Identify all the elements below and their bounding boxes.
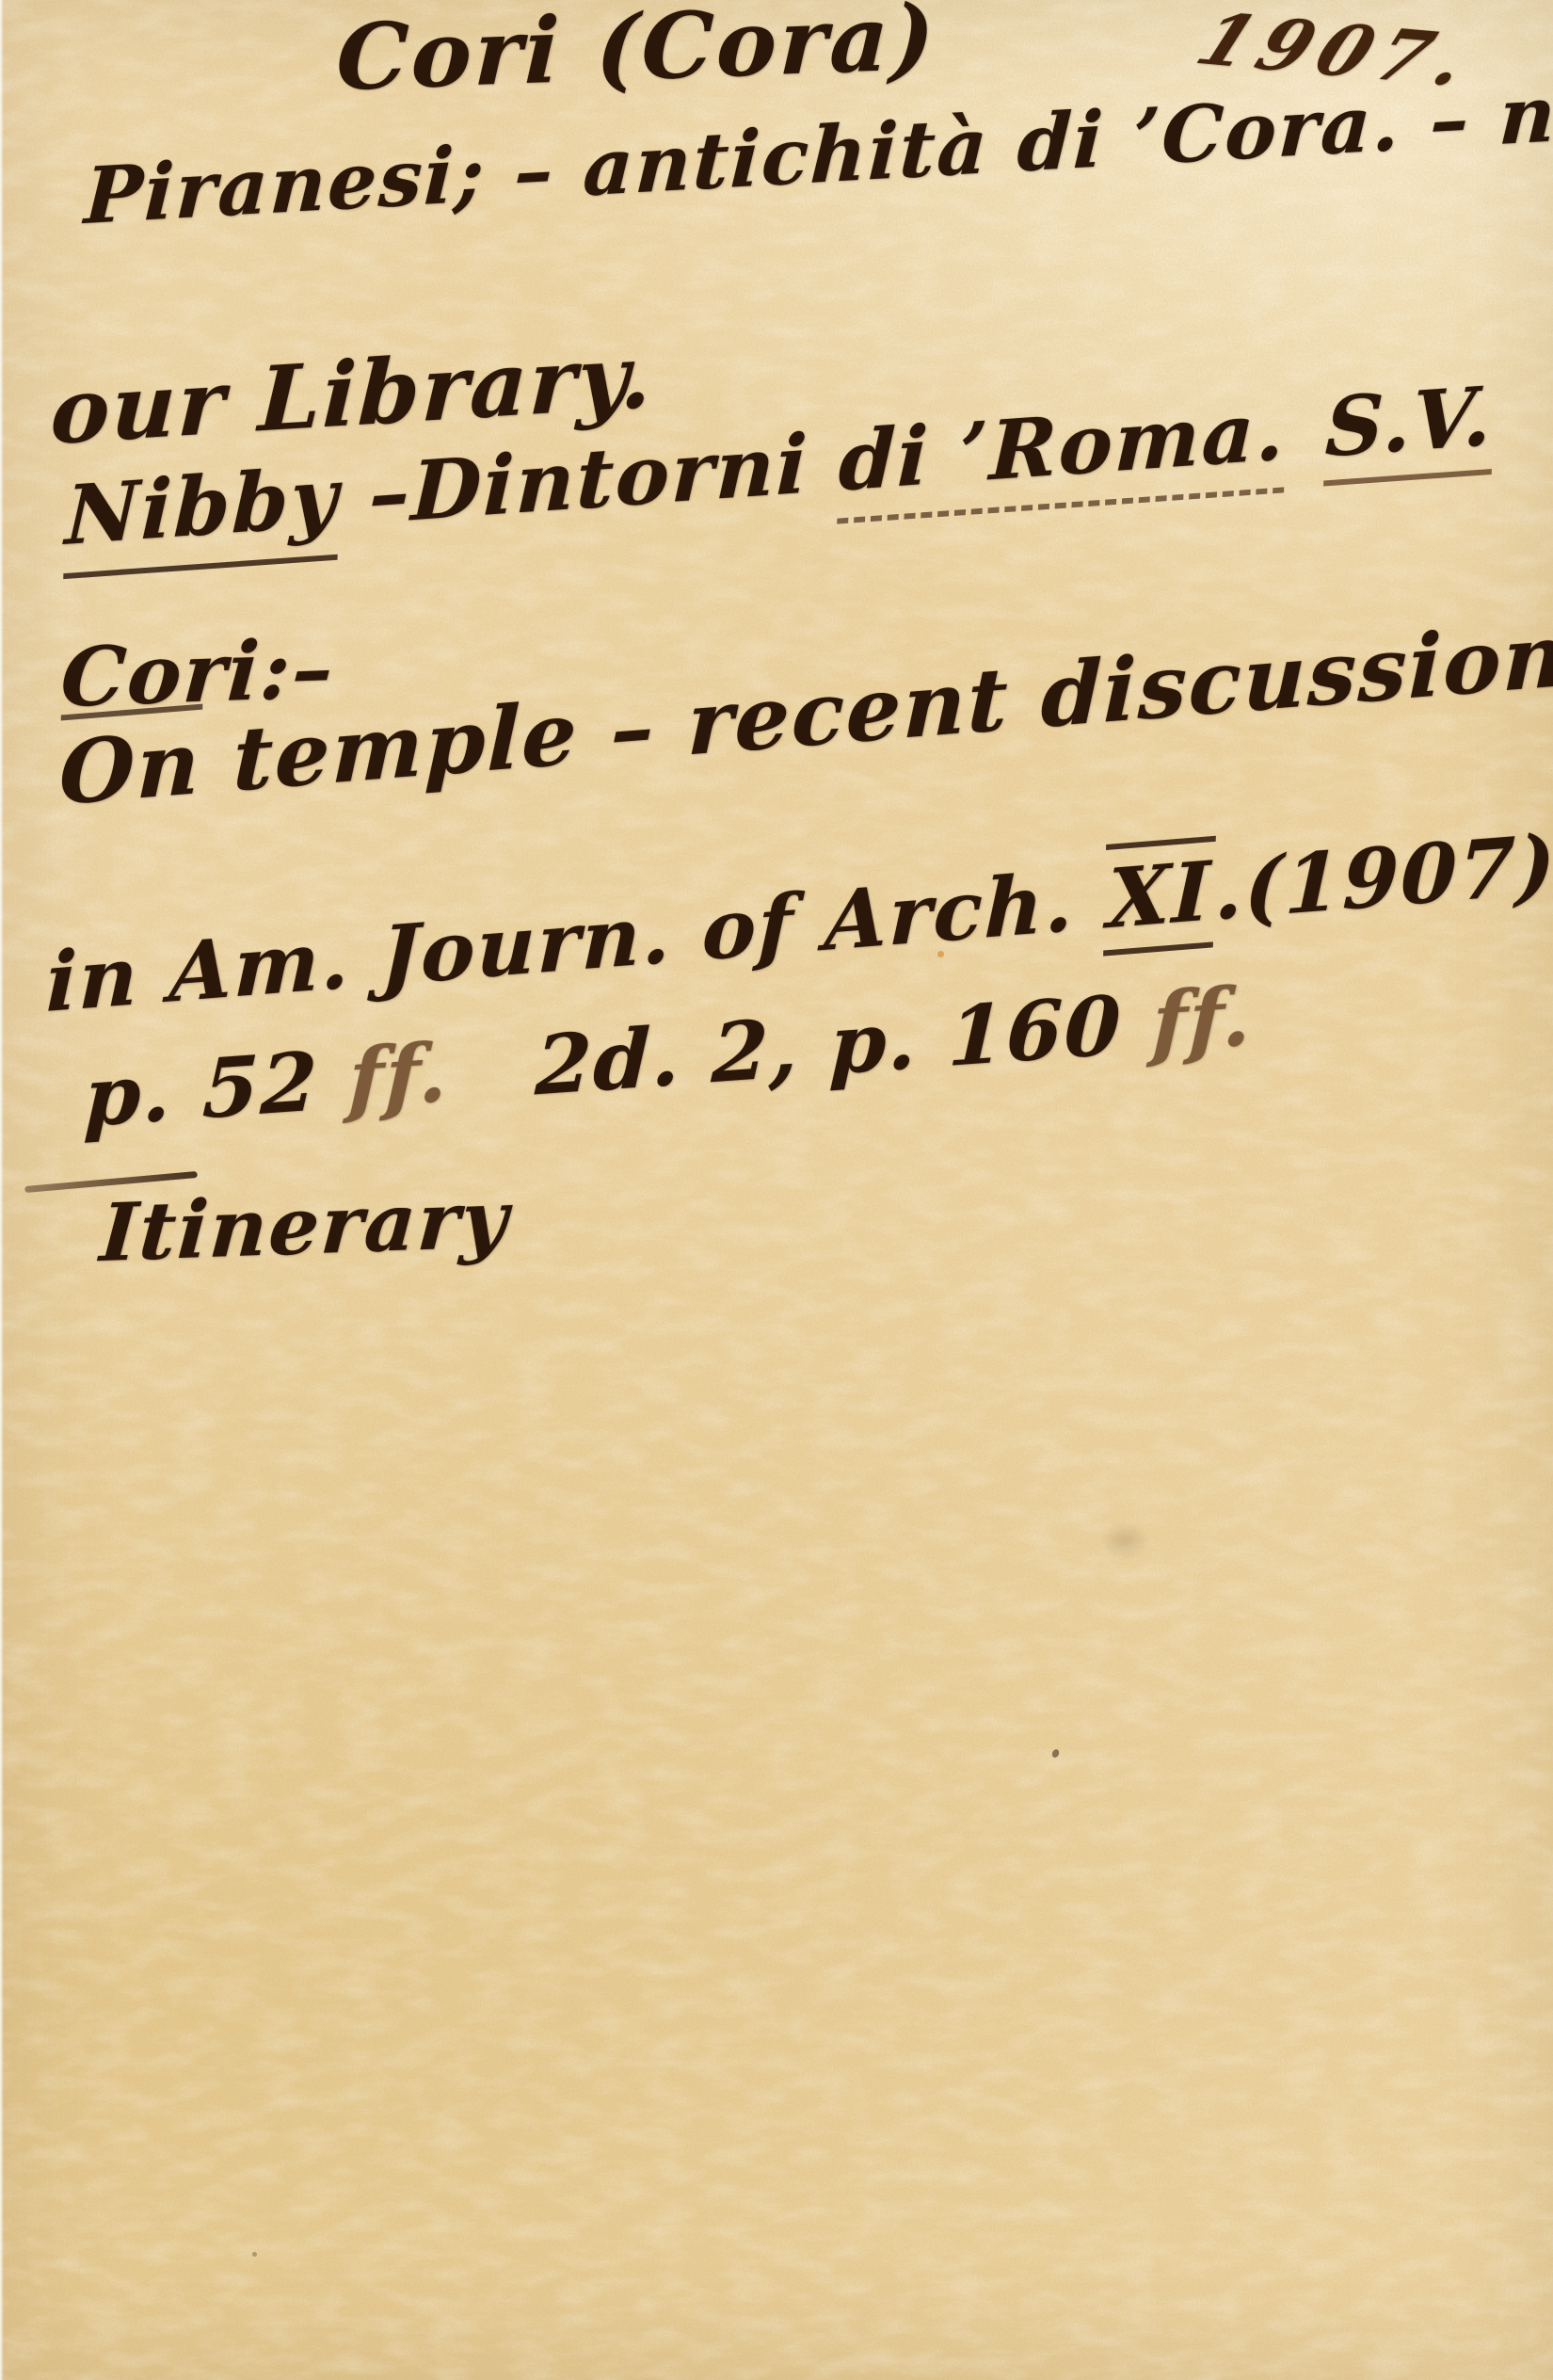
temple-text: temple – recent discussions <box>200 600 1553 813</box>
itinerary-note: Itinerary <box>98 1180 512 1273</box>
page-ref-2-ff: ff. <box>1151 969 1255 1071</box>
index-card: Cori (Cora) 1907. Piranesi; – antichità … <box>0 0 1553 2380</box>
temple-on-overbar: On <box>58 704 203 825</box>
card-title: Cori (Cora) <box>335 0 938 104</box>
ink-smudge <box>1090 1514 1160 1568</box>
ink-speck <box>1050 1748 1060 1759</box>
journal-year: .(1907)1 <box>1213 812 1553 939</box>
page-ref-1: p. 52 <box>83 1032 350 1146</box>
page-ref-2: 2d. 2, p. 160 <box>534 975 1154 1114</box>
nibby-sv-underlined: S.V. <box>1323 368 1495 486</box>
scan-edge-left <box>0 0 4 2380</box>
entry-temple-line2: in Am. Journ. of Arch. XI.(1907)1 <box>45 819 1553 1024</box>
page-ref-1-ff: ff. <box>347 1024 451 1127</box>
nibby-author-underlined: Nibby <box>63 449 341 579</box>
roman-numeral-volume: XI <box>1103 836 1216 957</box>
paper-speck <box>252 2252 257 2257</box>
nibby-place-dashed-underline: di ’Roma. <box>837 383 1288 524</box>
orange-speck <box>937 951 944 957</box>
